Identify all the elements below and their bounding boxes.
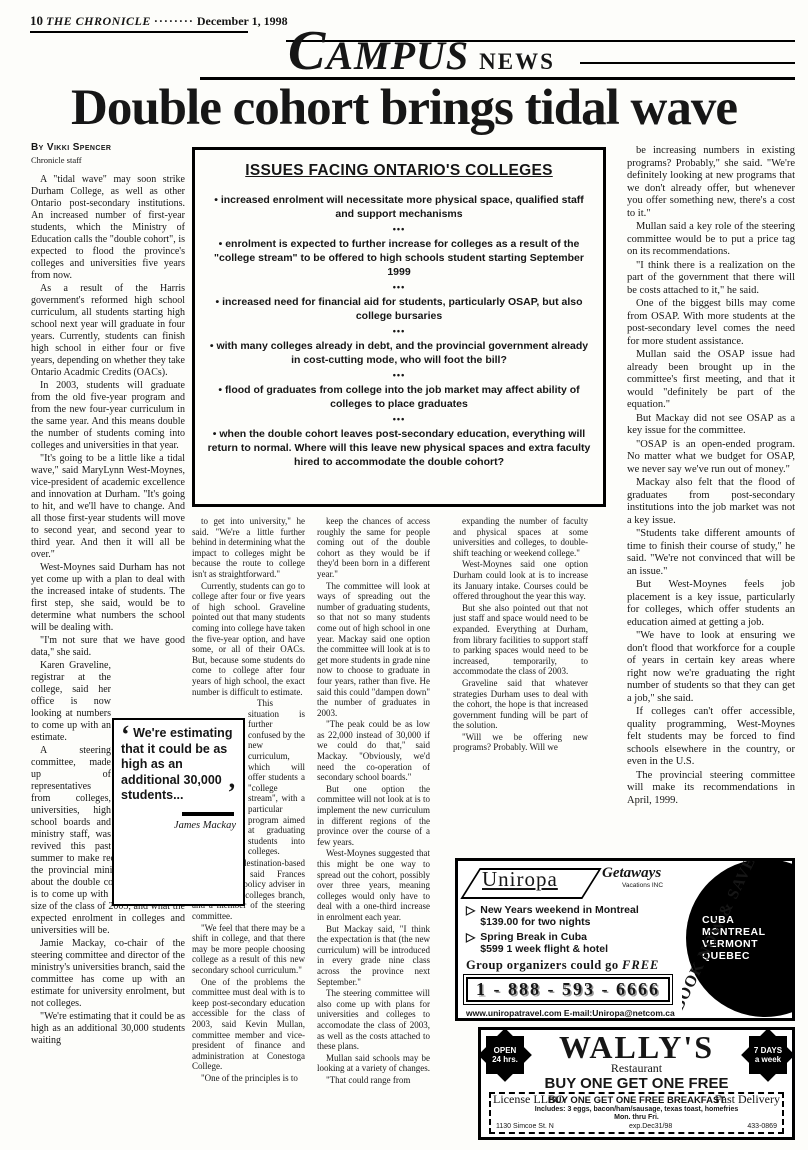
open-24hrs-label: OPEN 24 hrs. xyxy=(477,1027,533,1083)
article-paragraph: "That could range from xyxy=(317,1075,430,1086)
article-paragraph: "Students take different amounts of time… xyxy=(627,528,795,578)
article-paragraph: "OSAP is an open-ended program. No matte… xyxy=(627,439,795,477)
article-paragraph: West-Moynes suggested that this might be… xyxy=(317,848,430,922)
offer-price: $599 1 week flight & hotel xyxy=(480,943,608,955)
publication-name: THE CHRONICLE xyxy=(46,14,151,28)
article-column-1: By Vikki Spencer Chronicle staff A "tida… xyxy=(31,142,185,1144)
article-column-3: keep the chances of access roughly the s… xyxy=(317,516,430,1144)
article-paragraph: Currently, students can go to college af… xyxy=(192,581,305,698)
uniropa-phone-number: 1 - 888 - 593 - 6666 xyxy=(466,977,670,1002)
issue-item: enrolment is expected to further increas… xyxy=(205,237,593,292)
masthead-rule xyxy=(30,31,248,33)
article-paragraph: West-Moynes said Durham has not yet come… xyxy=(31,562,185,634)
pull-quote-attribution: James Mackay xyxy=(121,820,236,831)
issues-sidebar-box: ISSUES FACING ONTARIO'S COLLEGES increas… xyxy=(192,147,606,507)
article-column-5: be increasing numbers in existing progra… xyxy=(627,145,795,855)
offer-title: New Years weekend in Montreal xyxy=(480,904,639,916)
issue-item: with many colleges already in debt, and … xyxy=(205,339,593,380)
bullet-separator: ••• xyxy=(205,370,593,380)
arrow-bullet-icon: ▷ xyxy=(466,931,475,955)
article-paragraph: One of the problems the committee must d… xyxy=(192,977,305,1072)
article-paragraph: "We have to look at ensuring we don't fl… xyxy=(627,630,795,705)
column4-paragraphs: expanding the number of faculty and phys… xyxy=(453,516,588,753)
article-paragraph: But Mackay said, "I think the expectatio… xyxy=(317,924,430,988)
byline: By Vikki Spencer Chronicle staff xyxy=(31,142,185,166)
article-paragraph: Mullan said a key role of the steering c… xyxy=(627,221,795,259)
attribution-rule xyxy=(182,812,234,816)
section-title-news: NEWS xyxy=(479,49,555,75)
headline: Double cohort brings tidal wave xyxy=(26,80,782,136)
article-paragraph: The steering committee will also come up… xyxy=(317,988,430,1052)
coupon-title: BUY ONE GET ONE FREE BREAKFAST xyxy=(496,1095,777,1106)
bullet-separator: ••• xyxy=(205,326,593,336)
byline-author: By Vikki Spencer xyxy=(31,142,185,154)
issue-bullet-text: when the double cohort leaves post-secon… xyxy=(205,427,593,469)
issues-bullet-list: increased enrolment will necessitate mor… xyxy=(205,193,593,469)
article-paragraph: expanding the number of faculty and phys… xyxy=(453,516,588,558)
article-paragraph: A "tidal wave" may soon strike Durham Co… xyxy=(31,174,185,282)
article-paragraph: Jamie Mackay, co-chair of the steering c… xyxy=(31,938,185,1010)
article-paragraph: "I think there is a realization on the p… xyxy=(627,260,795,298)
section-banner: CAMPUSNEWS xyxy=(288,28,555,79)
promo-text: Group organizers could go xyxy=(466,958,618,972)
uniropa-badge-area: CUBAMONTREALVERMONTQUEBEC BOOK NOW & SAV… xyxy=(682,861,792,1018)
open-24hrs-starburst: OPEN 24 hrs. xyxy=(477,1027,533,1083)
uniropa-getaways-script: Getaways xyxy=(602,865,661,882)
issue-date: December 1, 1998 xyxy=(197,14,288,28)
uniropa-vacations-inc: Vacations INC xyxy=(622,882,663,889)
wallys-coupon: BUY ONE GET ONE FREE BREAKFAST Includes:… xyxy=(489,1092,784,1134)
byline-role: Chronicle staff xyxy=(31,154,185,166)
close-quote-mark: ’ xyxy=(227,788,236,798)
uniropa-offer-text: New Years weekend in Montreal $139.00 fo… xyxy=(480,904,639,928)
article-paragraph: As a result of the Harris government's r… xyxy=(31,283,185,379)
pull-quote-box: ‘ We're estimating that it could be as h… xyxy=(112,718,245,906)
article-paragraph: "The peak could be as low as 22,000 inst… xyxy=(317,719,430,783)
article-paragraph: One of the biggest bills may come from O… xyxy=(627,298,795,348)
uniropa-promo-line: Group organizers could go FREE xyxy=(466,958,690,973)
coupon-expiry: exp.Dec31/98 xyxy=(629,1122,672,1131)
7days-starburst: 7 DAYS a week xyxy=(740,1027,796,1083)
article-paragraph: keep the chances of access roughly the s… xyxy=(317,516,430,580)
issue-item: increased enrolment will necessitate mor… xyxy=(205,193,593,234)
offer-price: $139.00 for two nights xyxy=(480,916,639,928)
bullet-separator: ••• xyxy=(205,224,593,234)
issue-bullet-text: increased enrolment will necessitate mor… xyxy=(205,193,593,221)
column5-paragraphs: be increasing numbers in existing progra… xyxy=(627,145,795,807)
uniropa-logo: Uniropa Getaways Vacations INC xyxy=(466,865,690,901)
banner-right-rule xyxy=(580,62,795,64)
7days-label: 7 DAYS a week xyxy=(740,1027,796,1083)
masthead: 10 THE CHRONICLE ········ December 1, 19… xyxy=(30,13,288,29)
article-paragraph: But one option the committee will not lo… xyxy=(317,784,430,848)
article-paragraph: Graveline said that whatever strategies … xyxy=(453,678,588,731)
uniropa-offer-text: Spring Break in Cuba $599 1 week flight … xyxy=(480,931,608,955)
pull-quote-body: We're estimating that it could be as hig… xyxy=(121,726,232,802)
article-column-4: expanding the number of faculty and phys… xyxy=(453,516,588,856)
coupon-bottom-row: 1130 Simcoe St. N exp.Dec31/98 433-0869 xyxy=(496,1122,777,1131)
article-paragraph: But West-Moynes feels job placement is a… xyxy=(627,579,795,629)
wallys-ad: OPEN 24 hrs. 7 DAYS a week WALLY'S Resta… xyxy=(478,1027,795,1140)
article-paragraph: If colleges can't offer accessible, qual… xyxy=(627,706,795,769)
section-title-campus: CAMPUS xyxy=(288,28,469,79)
coupon-phone: 433-0869 xyxy=(747,1122,777,1131)
issues-box-title: ISSUES FACING ONTARIO'S COLLEGES xyxy=(205,162,593,180)
article-paragraph: "It's going to be a little like a tidal … xyxy=(31,453,185,561)
article-paragraph: "We're estimating that it could be as hi… xyxy=(31,1011,185,1047)
uniropa-offer: ▷ Spring Break in Cuba $599 1 week fligh… xyxy=(466,931,690,955)
uniropa-ad-content: Uniropa Getaways Vacations INC ▷ New Yea… xyxy=(466,865,690,1018)
column3-paragraphs: keep the chances of access roughly the s… xyxy=(317,516,430,1085)
article-paragraph: The provincial steering committee will m… xyxy=(627,770,795,808)
article-paragraph: be increasing numbers in existing progra… xyxy=(627,145,795,220)
article-paragraph: But she also pointed out that not just s… xyxy=(453,603,588,677)
coupon-days: Mon. thru Fri. xyxy=(496,1114,777,1122)
article-paragraph: "We feel that there may be a shift in co… xyxy=(192,923,305,976)
article-paragraph: But Mackay did not see OSAP as a key iss… xyxy=(627,413,795,438)
article-paragraph: Mullan said the OSAP issue had already b… xyxy=(627,349,795,412)
coupon-includes: Includes: 3 eggs, bacon/ham/sausage, tex… xyxy=(496,1106,777,1114)
column2-top-paragraphs: to get into university," he said. "We're… xyxy=(192,516,305,697)
uniropa-web-email: www.uniropatravel.com E-mail:Uniropa@net… xyxy=(466,1008,690,1018)
arrow-bullet-icon: ▷ xyxy=(466,904,475,928)
pull-quote-text: ‘ We're estimating that it could be as h… xyxy=(121,726,236,804)
uniropa-offer: ▷ New Years weekend in Montreal $139.00 … xyxy=(466,904,690,928)
issue-bullet-text: with many colleges already in debt, and … xyxy=(205,339,593,367)
bullet-separator: ••• xyxy=(205,282,593,292)
article-paragraph: "I'm not sure that we have good data," s… xyxy=(31,635,185,659)
issue-item: when the double cohort leaves post-secon… xyxy=(205,427,593,469)
uniropa-offer-list: ▷ New Years weekend in Montreal $139.00 … xyxy=(466,904,690,955)
article-paragraph: The committee will look at ways of sprea… xyxy=(317,581,430,719)
uniropa-brand-name: Uniropa xyxy=(482,867,558,892)
article-paragraph: to get into university," he said. "We're… xyxy=(192,516,305,580)
coupon-address: 1130 Simcoe St. N xyxy=(496,1122,554,1131)
article-paragraph: "Will we be offering new programs? Proba… xyxy=(453,732,588,753)
issue-bullet-text: flood of graduates from college into the… xyxy=(205,383,593,411)
newspaper-page: 10 THE CHRONICLE ········ December 1, 19… xyxy=(0,0,808,1150)
bullet-separator: ••• xyxy=(205,414,593,424)
article-paragraph: Mullan said schools may be looking at a … xyxy=(317,1053,430,1074)
page-number: 10 xyxy=(30,13,43,28)
article-paragraph: West-Moynes said one option Durham could… xyxy=(453,559,588,601)
column1-top-paragraphs: A "tidal wave" may soon strike Durham Co… xyxy=(31,174,185,659)
article-paragraph: "One of the principles is to xyxy=(192,1073,305,1084)
offer-title: Spring Break in Cuba xyxy=(480,931,608,943)
masthead-dots: ········ xyxy=(154,14,194,28)
issue-item: flood of graduates from college into the… xyxy=(205,383,593,424)
article-paragraph: Mackay also felt that the flood of gradu… xyxy=(627,477,795,527)
promo-free-word: FREE xyxy=(622,958,659,972)
issue-item: increased need for financial aid for stu… xyxy=(205,295,593,336)
issue-bullet-text: enrolment is expected to further increas… xyxy=(205,237,593,279)
article-paragraph: In 2003, students will graduate from the… xyxy=(31,380,185,452)
issue-bullet-text: increased need for financial aid for stu… xyxy=(205,295,593,323)
uniropa-ad: Uniropa Getaways Vacations INC ▷ New Yea… xyxy=(455,858,795,1021)
